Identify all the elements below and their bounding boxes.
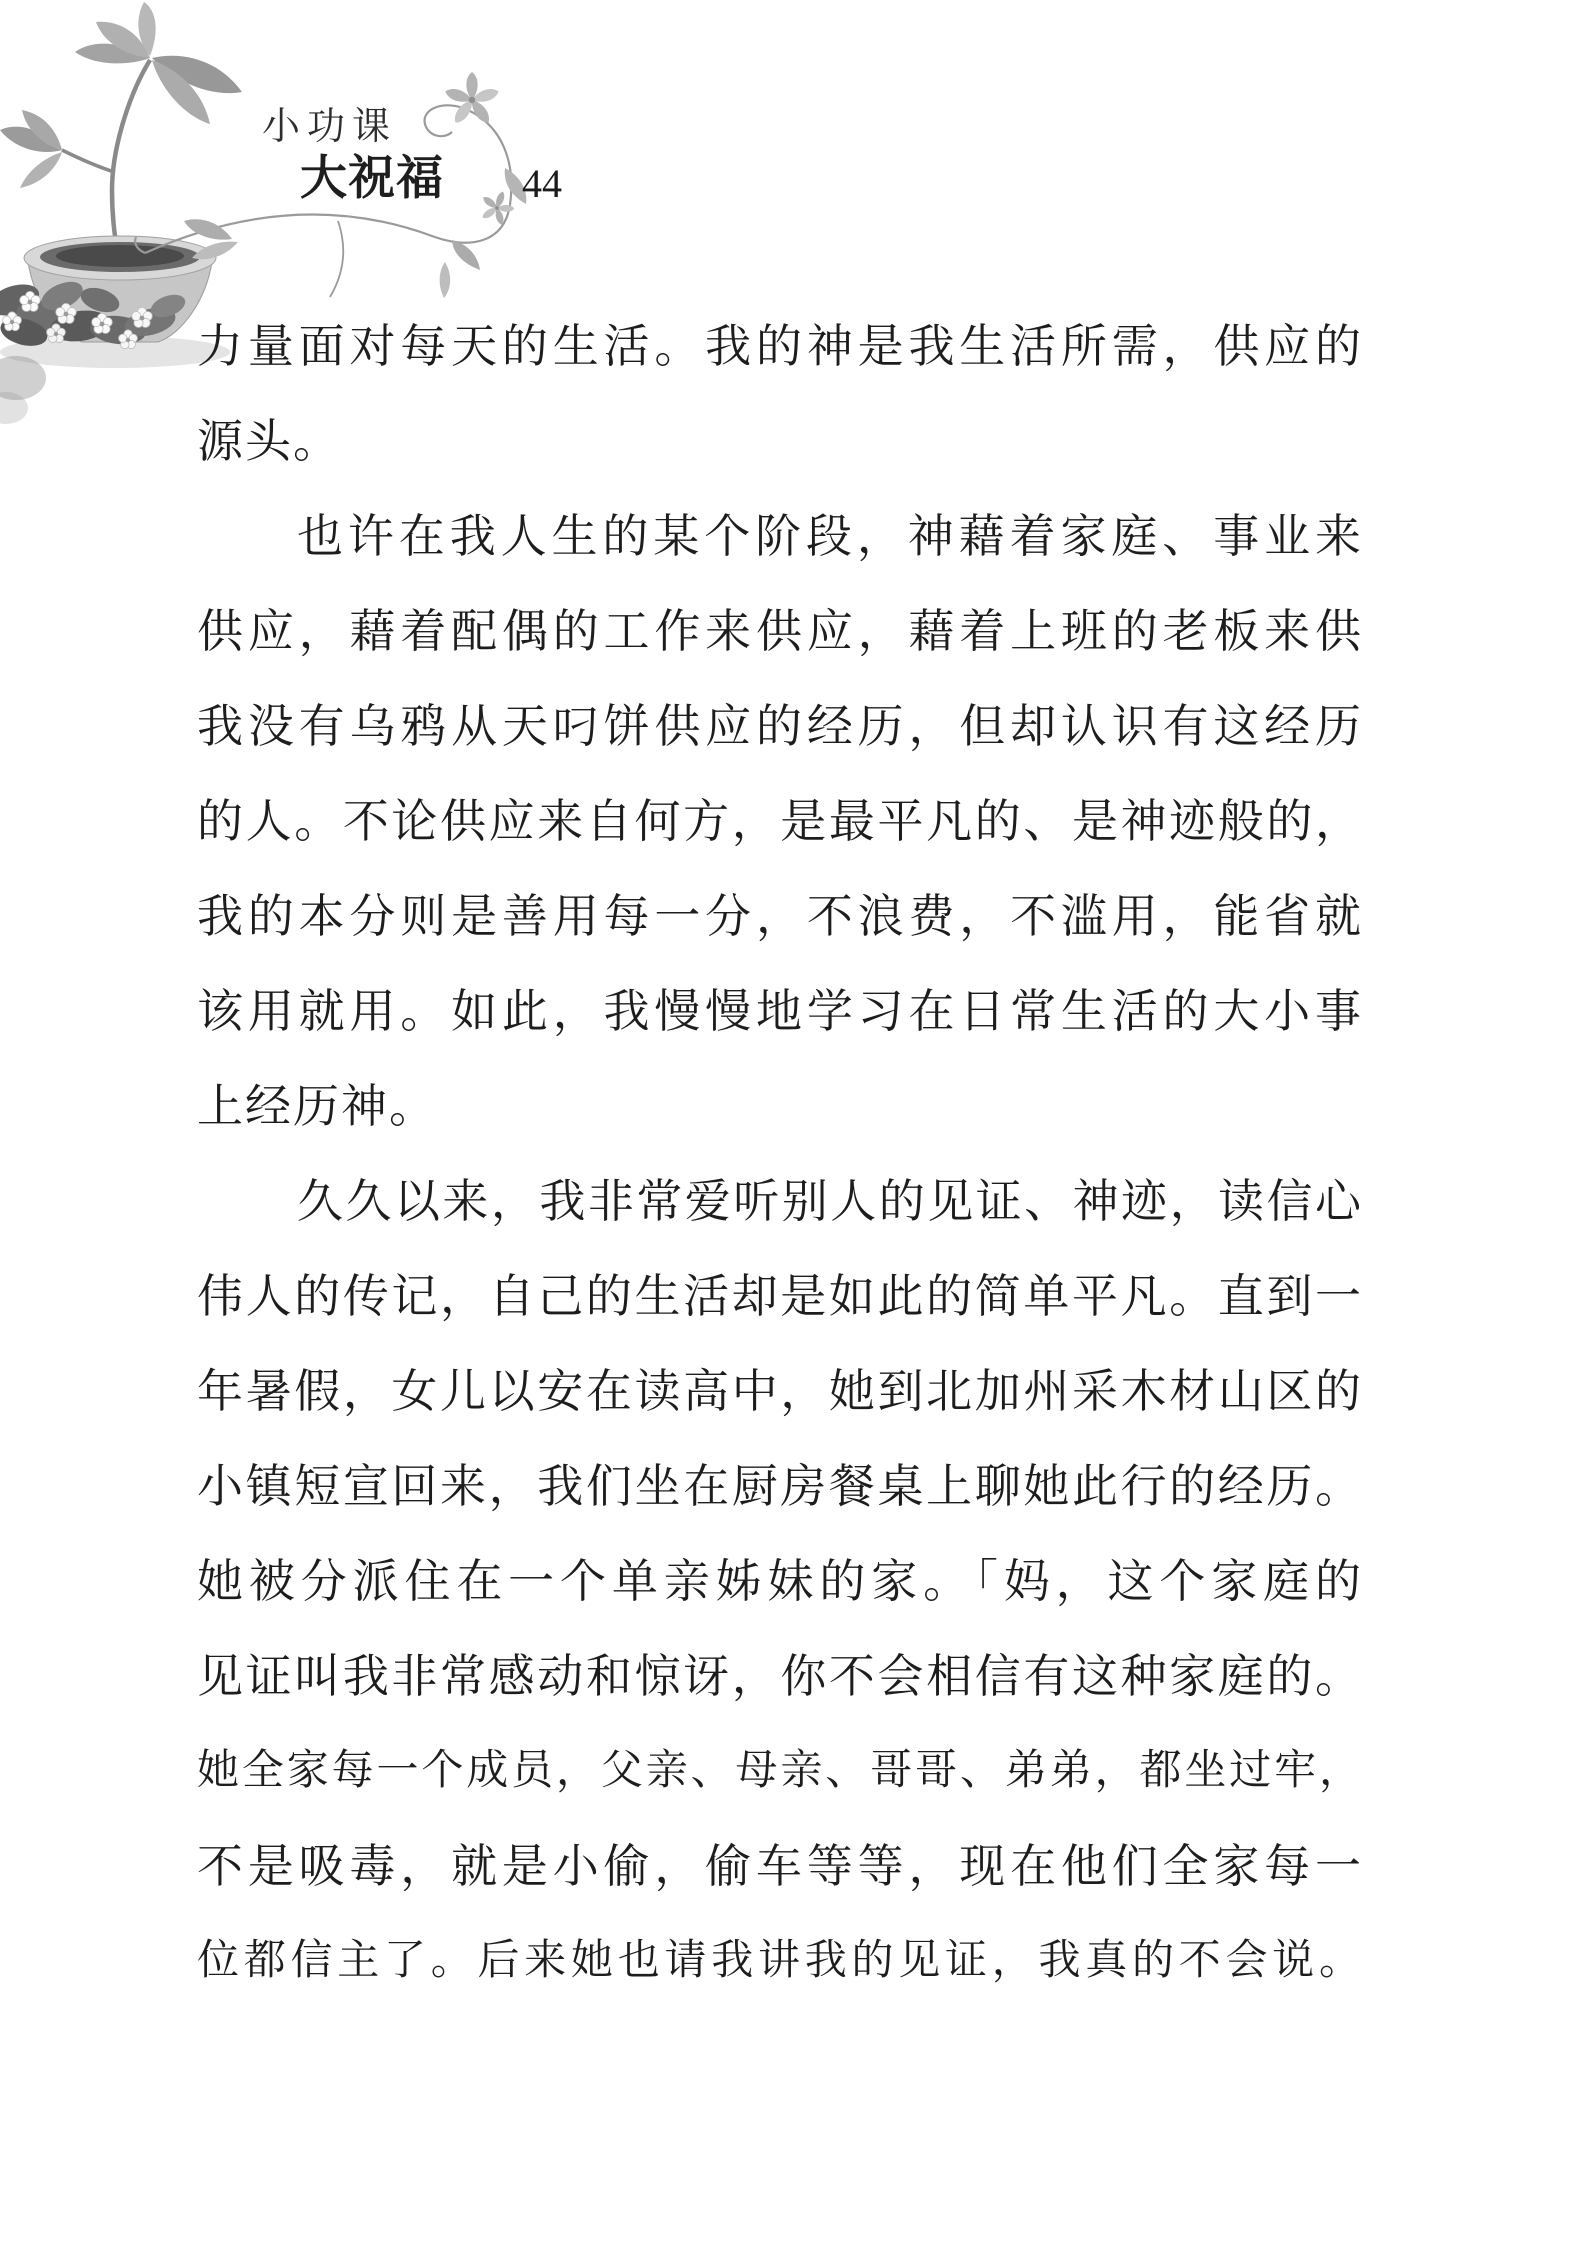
text-line: 该用就用。如此，我慢慢地学习在日常生活的大小事 [197,964,1363,1059]
text-line: 的人。不论供应来自何方，是最平凡的、是神迹般的， [197,774,1363,869]
text-line: 见证叫我非常感动和惊讶，你不会相信有这种家庭的。 [197,1629,1363,1724]
text-line: 也许在我人生的某个阶段，神藉着家庭、事业来 [197,489,1363,584]
text-line: 力量面对每天的生活。我的神是我生活所需，供应的 [197,299,1363,394]
text-line: 她全家每一个成员，父亲、母亲、哥哥、弟弟，都坐过牢， [197,1724,1363,1819]
text-line: 我的本分则是善用每一分，不浪费，不滥用，能省就省， [197,869,1363,964]
body-text: 力量面对每天的生活。我的神是我生活所需，供应的 源头。 也许在我人生的某个阶段，… [197,299,1363,2009]
page-number: 44 [522,160,562,207]
text-line: 供应，藉着配偶的工作来供应，藉着上班的老板来供应， [197,584,1363,679]
text-line: 上经历神。 [197,1059,1363,1154]
text-line: 不是吸毒，就是小偷，偷车等等，现在他们全家每一 [197,1819,1363,1914]
text-line: 我没有乌鸦从天叼饼供应的经历，但却认识有这经历 [197,679,1363,774]
text-line: 小镇短宣回来，我们坐在厨房餐桌上聊她此行的经历。 [197,1439,1363,1534]
text-line: 伟人的传记，自己的生活却是如此的简单平凡。直到一 [197,1249,1363,1344]
page-title-large: 大祝福 [300,141,444,208]
text-line: 年暑假，女儿以安在读高中，她到北加州采木材山区的 [197,1344,1363,1439]
flower-large [444,72,501,126]
text-line: 她被分派住在一个单亲姊妹的家。「妈，这个家庭的 [197,1534,1363,1629]
text-line: 久久以来，我非常爱听别人的见证、神迹，读信心 [197,1154,1363,1249]
text-line: 位都信主了。后来她也请我讲我的见证，我真的不会说。 [197,1914,1363,2009]
text-line: 源头。 [197,394,1363,489]
flower-small [481,190,515,225]
book-page: 小功课 大祝福 44 力量面对每天的生活。我的神是我生活所需，供应的 源头。 也… [0,0,1571,2256]
